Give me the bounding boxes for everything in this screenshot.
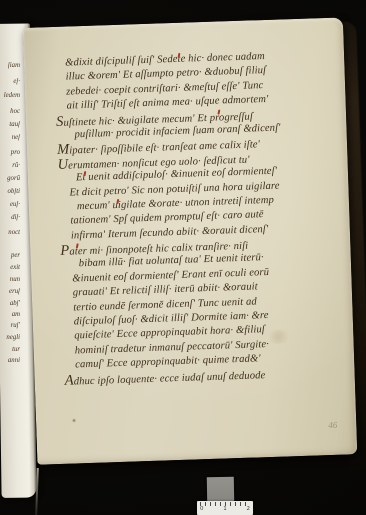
manuscript-photo: ſiameſ·ledemhoctauſneſprorū·gorūobſtieuſ… [0, 0, 366, 515]
text-block: &dixit diſcipuliſ ſuiſ' Sedete hic· done… [54, 47, 357, 387]
folio-number: 46 [328, 420, 337, 430]
lower-leaf-edge [35, 468, 39, 515]
ruler-number: 1 [223, 506, 227, 512]
rubric-mark-icon [217, 109, 220, 114]
rubric-mark-icon [116, 199, 119, 204]
gray-calibration-patch [207, 477, 234, 503]
rubric-mark-icon [83, 171, 86, 176]
rubric-mark-icon [76, 243, 79, 248]
manuscript-page: &dixit diſcipuliſ ſuiſ' Sedete hic· done… [23, 17, 357, 464]
ruler-number: 2 [247, 506, 251, 512]
scale-ruler: 012 [197, 501, 253, 515]
rubric-mark-icon [177, 53, 180, 58]
ruler-labels: 012 [200, 506, 250, 512]
ruler-number: 0 [200, 506, 204, 512]
